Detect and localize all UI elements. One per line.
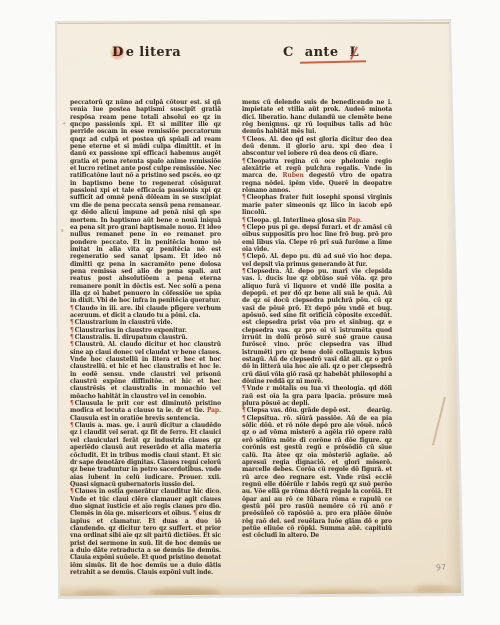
margin-mark: + [62, 122, 66, 127]
head-letter-c: C [283, 44, 294, 61]
body-text: peccatorū qz nūno ad culpā cōtour est. s… [70, 99, 221, 304]
entry-claustrarium: ¶Claustrarium in claustrū vide. [70, 319, 221, 326]
entry-claustralis: ¶Claustralis. li. dirupatum claustrū. [70, 334, 221, 341]
pilcrow-mark: ¶ [70, 334, 74, 341]
paper-right-edge [446, 21, 462, 594]
entry-clepo: ¶Clepo pus pī ge. depsi furari. et dr am… [242, 224, 392, 253]
head-word-ante: ante [305, 44, 339, 61]
pilcrow-mark: ¶ [70, 488, 74, 495]
body-text: Cleos. Al. deo qd est gloria dicitur deo… [242, 136, 392, 158]
body-text: Clepsa vas. dōu. grāde depō est. [247, 407, 351, 414]
rubric-text: Pap. [207, 407, 221, 414]
pilcrow-mark: ¶ [242, 194, 246, 201]
body-text: Claudo in iii. are. ibi claude pfigere v… [70, 305, 221, 319]
pilcrow-mark: ¶ [242, 158, 246, 165]
body-text: Clepsitua. rō. sīūrā passiōe. Aū de ea p… [242, 415, 392, 532]
running-head-right: C ante L [283, 44, 359, 61]
body-text: dearūg. [367, 407, 392, 414]
paragraph-continuation: mens cū delendo suis de benedicendo ne i… [242, 99, 392, 136]
body-text: Clausula est in oratiōe brevis sentencia… [70, 415, 200, 422]
pencil-page-number: 97 [436, 563, 447, 573]
pilcrow-mark: ¶ [70, 319, 74, 326]
pilcrow-mark: ¶ [70, 422, 74, 429]
paper-stain [150, 588, 220, 597]
pilcrow-mark: ¶ [242, 407, 246, 414]
body-text: Claustralis. li. dirupatum claustrū. [75, 334, 188, 341]
paper-crease-flaw [432, 397, 446, 446]
page-paper: De litera C ante L peccatorū qz nūno ad … [0, 0, 500, 625]
pilcrow-mark: ¶ [242, 136, 246, 143]
pilcrow-mark: ¶ [70, 327, 74, 334]
pilcrow-mark: ¶ [242, 385, 246, 392]
pilcrow-mark: ¶ [242, 268, 246, 275]
paper-stain [300, 590, 380, 598]
body-text: eius dr iapius et clamatur. Et duas a du… [70, 510, 221, 576]
body-text: Clepō. Al. depo pu. dū ad suē vīo hoc de… [242, 253, 392, 267]
text-column-right: mens cū delendo suis de benedicendo ne i… [242, 99, 392, 540]
entry-claustrarius: ¶Claustrarius in claustro exponitur. [70, 327, 221, 334]
body-text: Vnde r mōtalis ou lua vī theologia. qd d… [242, 385, 392, 407]
entry-clepsedra: ¶Clepsedra. Al. depo pu. marī vīe clepsi… [242, 268, 392, 386]
entry-cleos: ¶Cleos. Al. deo qd est gloria dicitur de… [242, 136, 392, 158]
body-text: Cleophas frater fuit iosephi sponsi virg… [242, 194, 392, 216]
body-text: Clepo pus pī ge. depsi furari. et dr amā… [242, 224, 392, 253]
body-text: Clausula le prit cor est diminutō pristi… [70, 400, 221, 414]
body-text: Claustrarium in claustrū vide. [75, 319, 173, 326]
rubricated-initial: D [110, 45, 126, 60]
incunable-leaf-photo: { "colors": { "background": "#fafaf8", "… [0, 0, 500, 625]
paper-bottom-edge [58, 584, 462, 596]
rubric-text: Ruben [283, 172, 304, 179]
pilcrow-mark: ¶ [242, 253, 246, 260]
entry-claudo: ¶Claudo in iii. are. ibi claude pfigere … [70, 305, 221, 320]
body-text: Claustrū. Al. claudo dicitur et hoc clau… [70, 341, 221, 399]
paragraph-baptismo-continuation: peccatorū qz nūno ad culpā cōtour est. s… [70, 99, 221, 305]
rubric-text: Pap. [348, 217, 362, 224]
paper-top-edge [57, 22, 449, 24]
pilcrow-mark: ¶ [242, 217, 246, 224]
pilcrow-mark: ¶ [70, 341, 74, 348]
paper-stain [75, 590, 115, 597]
pilcrow-mark: ¶ [242, 224, 246, 231]
running-head-left: De litera [110, 44, 181, 61]
body-text: Clauis a. mas. ge. i aurū dicitur a clau… [70, 422, 221, 488]
entry-clavis: ¶Clauis a. mas. ge. i aurū dicitur a cla… [70, 422, 221, 488]
pilcrow-mark: ¶ [70, 400, 74, 407]
entry-claves: ¶Claues in ostia generātur clauditur hīc… [70, 488, 221, 576]
entry-claustrum: ¶Claustrū. Al. claudo dicitur et hoc cla… [70, 341, 221, 400]
entry-clepo-2: ¶Clepō. Al. depo pu. dū ad suē vīo hoc d… [242, 253, 392, 268]
margin-mark: s [61, 229, 64, 234]
entry-theologia-note: ¶Vnde r mōtalis ou lua vī theologia. qd … [242, 385, 392, 407]
entry-cleopatra: ¶Cleopatra regina cū oce phelonie regio … [242, 158, 392, 195]
body-text: Cleopa. gl. Interlinea glosa sīn [247, 217, 348, 224]
body-text: Summa aūē. [320, 525, 362, 532]
entry-clepsitua: ¶Clepsitua. rō. sīūrā passiōe. Aū de ea … [242, 415, 392, 540]
rubric-underline [300, 60, 366, 63]
pilcrow-mark: ¶ [242, 415, 246, 422]
paper-stain [415, 585, 451, 593]
entry-cleopa: ¶Cleopa. gl. Interlinea glosa sīn Pap. [242, 217, 392, 224]
text-column-left: peccatorū qz nūno ad culpā cōtour est. s… [70, 99, 221, 576]
running-head-left-text: e litera [126, 45, 181, 60]
pilcrow-mark: ¶ [70, 305, 74, 312]
body-text: mens cū delendo suis de benedicendo ne i… [242, 99, 392, 135]
body-text: Clepsedra. Al. depo pu. marī vīe clepsid… [242, 268, 392, 385]
entry-cleophas: ¶Cleophas frater fuit iosephi sponsi vir… [242, 194, 392, 216]
body-text: Claustrarius in claustro exponitur. [75, 327, 187, 334]
entry-clepsa: ¶Clepsa vas. dōu. grāde depō est.dearūg. [242, 407, 392, 414]
entry-clausula: ¶Clausula le prit cor est diminutō prist… [70, 400, 221, 422]
